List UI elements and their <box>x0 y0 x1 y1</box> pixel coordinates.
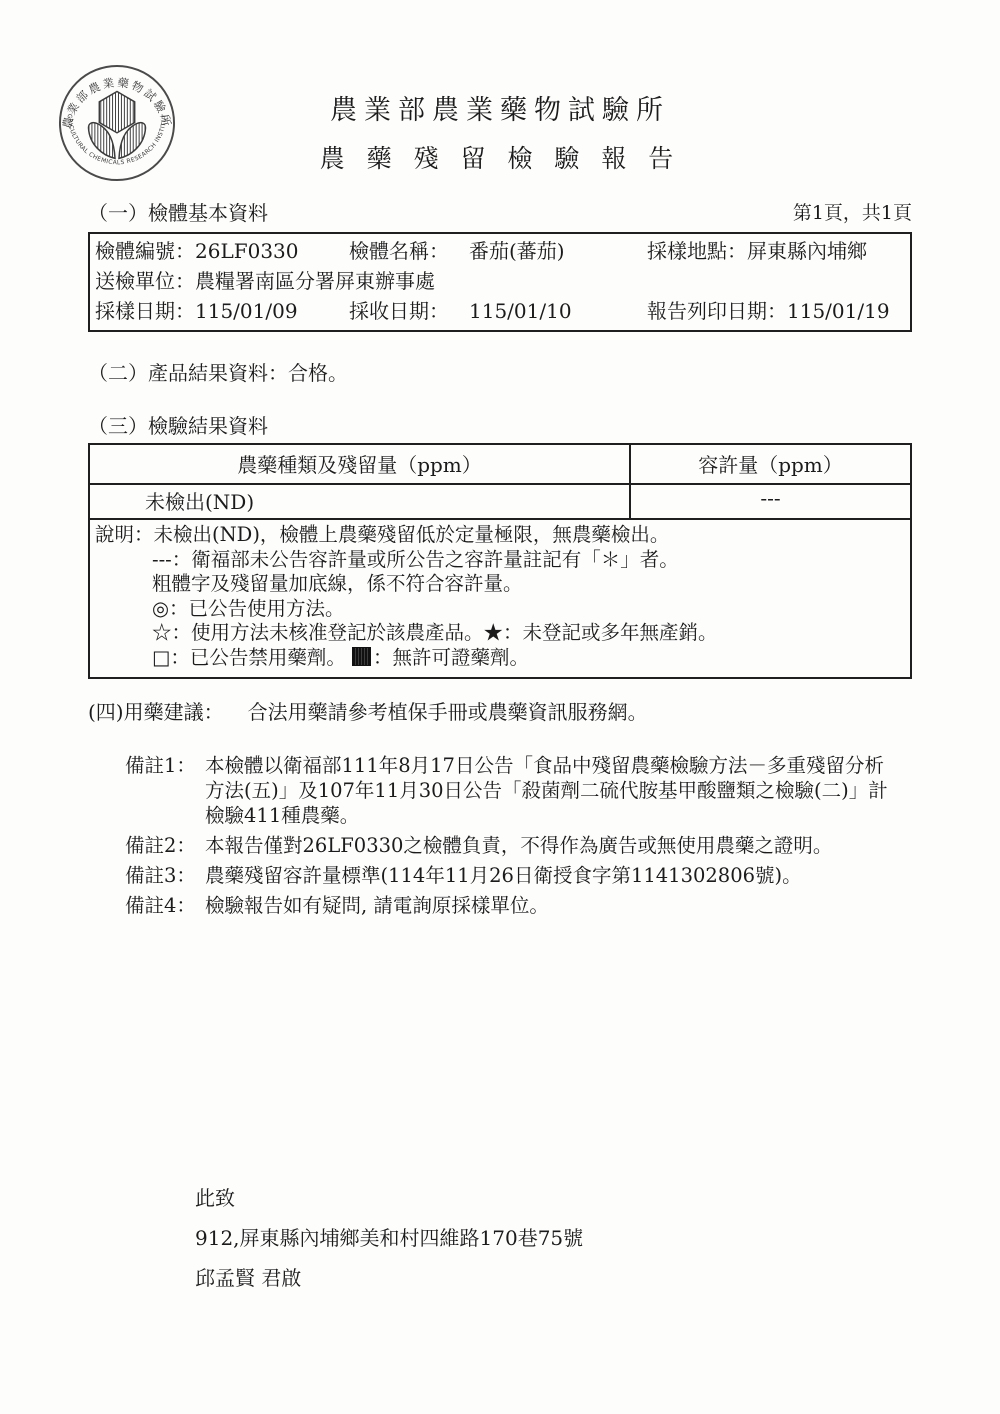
remark-4-text: 檢驗報告如有疑問, 請電詢原採樣單位。 <box>205 893 899 918</box>
sample-info-table: 檢體編號：26LF0330 檢體名稱：番茄(蕃茄) 採樣地點：屏東縣內埔鄉 送檢… <box>88 232 912 332</box>
submitting-unit-label: 送檢單位： <box>95 266 195 296</box>
print-date-cell: 報告列印日期：115/01/19 <box>647 296 910 326</box>
notes-line-6-banned: □：已公告禁用藥劑。 <box>152 646 346 669</box>
sample-number-value: 26LF0330 <box>195 239 299 263</box>
notes-line-1: 說明：未檢出(ND)，檢體上農藥殘留低於定量極限，無農藥檢出。 <box>95 523 900 548</box>
sample-info-row-3: 採樣日期：115/01/09 採收日期：115/01/10 報告列印日期：115… <box>90 296 910 326</box>
sample-info-row-1: 檢體編號：26LF0330 檢體名稱：番茄(蕃茄) 採樣地點：屏東縣內埔鄉 <box>90 236 910 266</box>
remark-3-text: 農藥殘留容許量標準(114年11月26日衛授食字第1141302806號)。 <box>205 863 899 888</box>
sample-number-cell: 檢體編號：26LF0330 <box>95 236 349 266</box>
remark-2-text: 本報告僅對26LF0330之檢體負責，不得作為廣告或無使用農藥之證明。 <box>205 833 899 858</box>
received-date-label: 採收日期： <box>349 299 449 323</box>
submitting-unit-value: 農糧署南區分署屏東辦事處 <box>195 266 435 296</box>
notes-line-1-text: 未檢出(ND)，檢體上農藥殘留低於定量極限，無農藥檢出。 <box>154 523 670 546</box>
results-header-row: 農藥種類及殘留量（ppm） 容許量（ppm） <box>90 445 910 485</box>
section2-line: （二）產品結果資料：合格。 <box>88 359 912 387</box>
notes-line-2: ---：衛福部未公告容許量或所公告之容許量註記有「＊」者。 <box>152 548 900 573</box>
sample-info-row-2: 送檢單位：農糧署南區分署屏東辦事處 <box>90 266 910 296</box>
section1-heading: （一）檢體基本資料 <box>88 199 268 227</box>
salutation: 此致 <box>195 1178 583 1218</box>
sampling-site-value: 屏東縣內埔鄉 <box>747 239 867 263</box>
sampling-date-value: 115/01/09 <box>195 299 298 323</box>
seal-hexagon-icon <box>99 92 134 133</box>
notes-label: 說明： <box>95 523 154 546</box>
section4-heading: (四)用藥建議： <box>88 700 224 724</box>
received-date-cell: 採收日期：115/01/10 <box>349 296 647 326</box>
notes-line-3: 粗體字及殘留量加底線，係不符合容許量。 <box>152 572 900 597</box>
print-date-value: 115/01/19 <box>787 299 890 323</box>
sampling-site-cell: 採樣地點：屏東縣內埔鄉 <box>647 236 910 266</box>
remark-3-label: 備註3： <box>125 863 205 888</box>
sampling-date-cell: 採樣日期：115/01/09 <box>95 296 349 326</box>
section1-header-row: （一）檢體基本資料 第1頁，共1頁 <box>88 199 912 227</box>
test-results-table: 農藥種類及殘留量（ppm） 容許量（ppm） 未檢出(ND) --- 說明：未檢… <box>88 443 912 679</box>
institute-seal-logo: 農業部農業藥物試驗所 AGRICULTURAL CHEMICALS RESEAR… <box>58 60 176 186</box>
recipient-name: 邱孟賢 君啟 <box>195 1258 583 1298</box>
section4-line: (四)用藥建議：合法用藥請參考植保手冊或農藥資訊服務網。 <box>88 698 912 726</box>
sample-name-value: 番茄(蕃茄) <box>469 239 565 263</box>
remarks-list: 備註1： 本檢體以衛福部111年8月17日公告「食品中殘留農藥檢驗方法－多重殘留… <box>125 753 912 918</box>
notes-line-6-unlicensed: ：無許可證藥劑。 <box>373 646 529 669</box>
pesticide-result-value: 未檢出(ND) <box>90 485 631 518</box>
recipient-address-block: 此致 912,屏東縣內埔鄉美和村四維路170巷75號 邱孟賢 君啟 <box>195 1178 583 1298</box>
tolerance-column-header: 容許量（ppm） <box>631 445 910 483</box>
remark-1-text: 本檢體以衛福部111年8月17日公告「食品中殘留農藥檢驗方法－多重殘留分析方法(… <box>205 753 899 828</box>
print-date-label: 報告列印日期： <box>647 299 787 323</box>
remark-4-label: 備註4： <box>125 893 205 918</box>
pesticide-column-header: 農藥種類及殘留量（ppm） <box>90 445 631 483</box>
filled-square-icon <box>352 647 371 666</box>
sampling-site-label: 採樣地點： <box>647 239 747 263</box>
section2-heading: （二）產品結果資料： <box>88 361 288 385</box>
remark-2-label: 備註2： <box>125 833 205 858</box>
received-date-value: 115/01/10 <box>469 299 572 323</box>
sample-name-label: 檢體名稱： <box>349 239 449 263</box>
report-page: 農業部農業藥物試驗所 AGRICULTURAL CHEMICALS RESEAR… <box>0 0 1000 1414</box>
sampling-date-label: 採樣日期： <box>95 299 195 323</box>
notes-line-6: □：已公告禁用藥劑。：無許可證藥劑。 <box>152 646 900 671</box>
results-data-row: 未檢出(ND) --- <box>90 485 910 520</box>
product-result-value: 合格。 <box>288 361 348 385</box>
report-content: （一）檢體基本資料 第1頁，共1頁 檢體編號：26LF0330 檢體名稱：番茄(… <box>88 199 912 918</box>
sample-number-label: 檢體編號： <box>95 239 195 263</box>
sample-name-cell: 檢體名稱：番茄(蕃茄) <box>349 236 647 266</box>
remark-1-label: 備註1： <box>125 753 205 828</box>
notes-line-4: ◎：已公告使用方法。 <box>152 597 900 622</box>
section3-heading: （三）檢驗結果資料 <box>88 413 912 439</box>
recipient-address: 912,屏東縣內埔鄉美和村四維路170巷75號 <box>195 1218 583 1258</box>
section4-advice-text: 合法用藥請參考植保手冊或農藥資訊服務網。 <box>248 700 648 724</box>
notes-line-5: ☆：使用方法未核准登記於該農產品。★：未登記或多年無產銷。 <box>152 621 900 646</box>
tolerance-value: --- <box>631 485 910 518</box>
results-notes-cell: 說明：未檢出(ND)，檢體上農藥殘留低於定量極限，無農藥檢出。 ---：衛福部未… <box>90 520 910 677</box>
page-number-info: 第1頁，共1頁 <box>793 199 912 227</box>
